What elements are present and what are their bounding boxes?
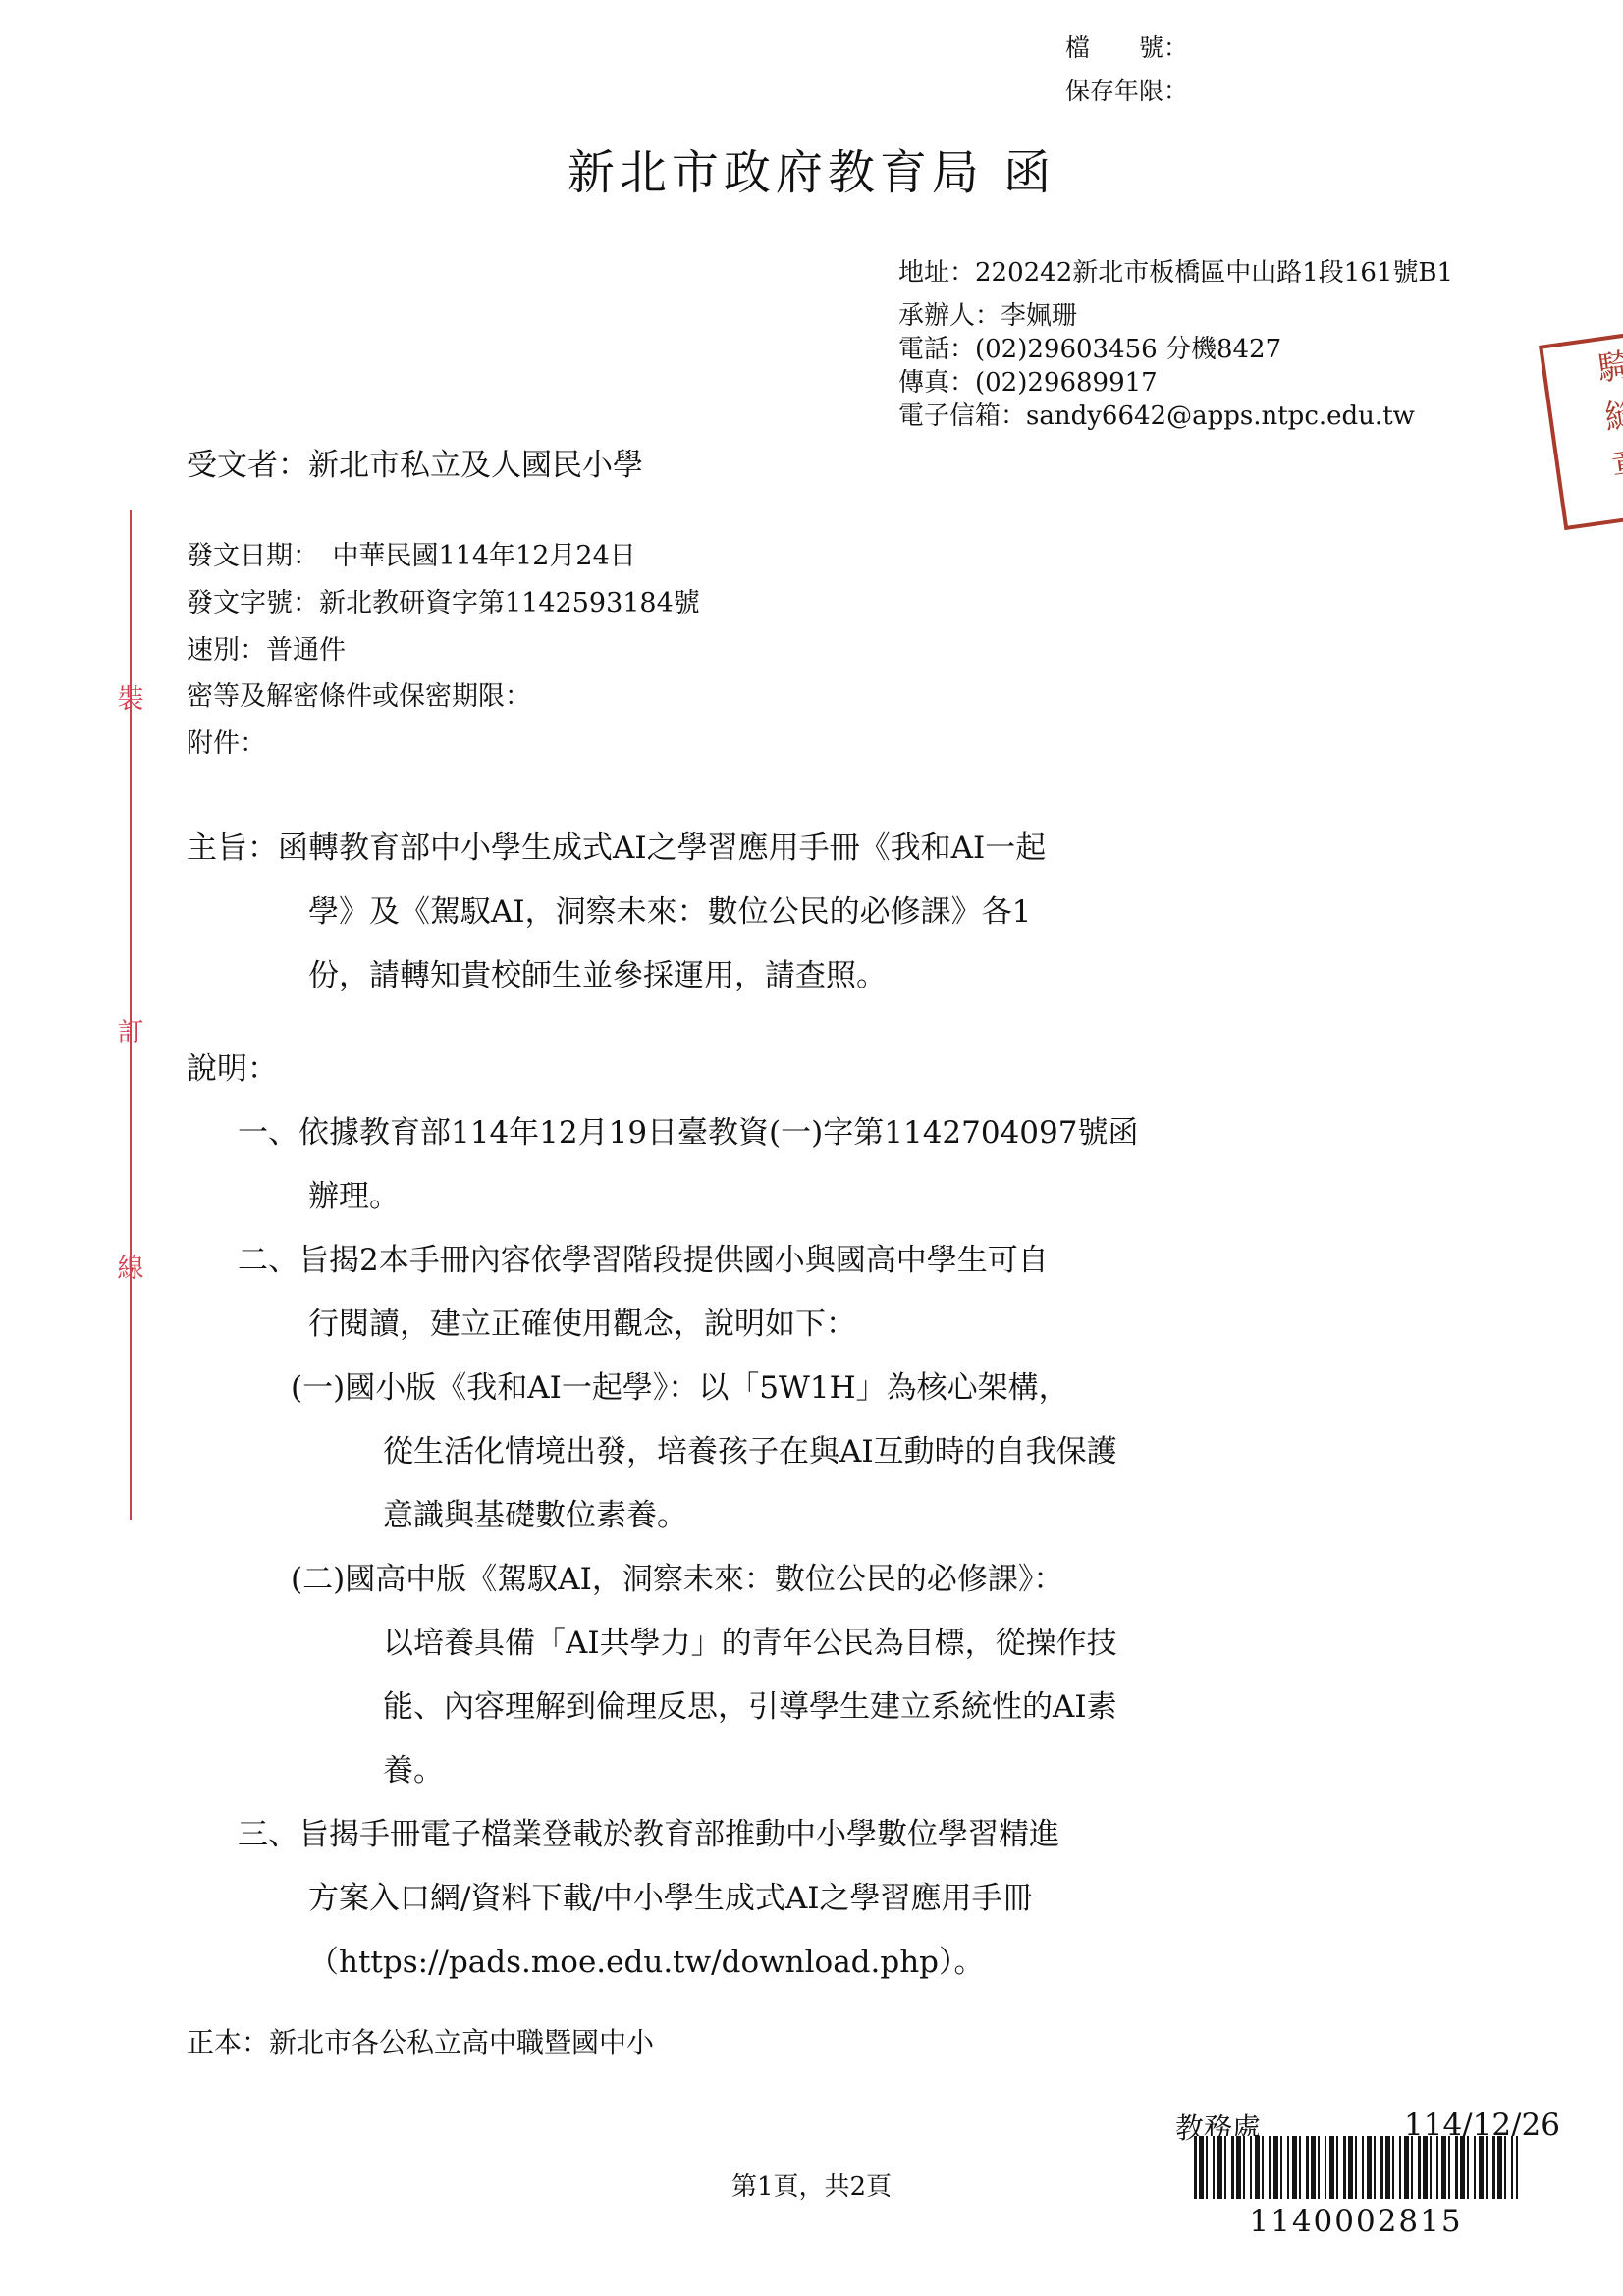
explanation-line: 一、依據教育部114年12月19日臺教資(一)字第1142704097號函 bbox=[238, 1114, 1138, 1152]
document-title: 新北市政府教育局 函 bbox=[0, 143, 1623, 202]
barcode-number: 1140002815 bbox=[1194, 2203, 1518, 2241]
binding-char-ding: 訂 bbox=[117, 1017, 144, 1050]
binding-char-xian: 線 bbox=[117, 1253, 144, 1286]
explanation-line: 意識與基礎數位素養。 bbox=[383, 1497, 687, 1535]
agency-phone: 電話：(02)29603456 分機8427 bbox=[898, 334, 1281, 366]
explanation-line: 辦理。 bbox=[308, 1178, 400, 1216]
explanation-line: 二、旨揭2本手冊內容依學習階段提供國小與國高中學生可自 bbox=[238, 1242, 1049, 1280]
recipient-line: 受文者：新北市私立及人國民小學 bbox=[187, 447, 643, 485]
speed-level-line: 速別：普通件 bbox=[187, 634, 346, 667]
explanation-line: (二)國高中版《駕馭AI，洞察未來：數位公民的必修課》： bbox=[291, 1561, 1063, 1599]
explanation-line: 從生活化情境出發，培養孩子在與AI互動時的自我保護 bbox=[383, 1433, 1117, 1471]
explanation-line: （https://pads.moe.edu.tw/download.php）。 bbox=[308, 1944, 985, 1982]
agency-address: 地址：220242新北市板橋區中山路1段161號B1 bbox=[898, 257, 1453, 290]
file-number-label: 檔 號： bbox=[1065, 32, 1188, 63]
explanation-line: 行閱讀，建立正確使用觀念，說明如下： bbox=[308, 1306, 856, 1344]
subject-line: 主旨：函轉教育部中小學生成式AI之學習應用手冊《我和AI一起 bbox=[187, 829, 1046, 868]
paging-seal-text: 騎縫章 bbox=[1587, 337, 1623, 519]
binding-char-zhuang: 裝 bbox=[117, 683, 144, 717]
copy-to-line: 正本：新北市各公私立高中職暨國中小 bbox=[187, 2025, 654, 2059]
document-page: 檔 號： 保存年限： 新北市政府教育局 函 地址：220242新北市板橋區中山路… bbox=[0, 0, 1623, 2296]
retention-period-label: 保存年限： bbox=[1065, 76, 1188, 106]
agency-email: 電子信箱：sandy6642@apps.ntpc.edu.tw bbox=[898, 400, 1415, 433]
security-level-line: 密等及解密條件或保密期限： bbox=[187, 680, 531, 714]
agency-fax: 傳真：(02)29689917 bbox=[898, 367, 1158, 400]
subject-line: 份，請轉知貴校師生並參採運用，請查照。 bbox=[308, 957, 887, 995]
issue-date-line: 發文日期： 中華民國114年12月24日 bbox=[187, 540, 636, 573]
attachment-line: 附件： bbox=[187, 727, 266, 761]
explanation-line: 三、旨揭手冊電子檔業登載於教育部推動中小學數位學習精進 bbox=[238, 1816, 1059, 1854]
doc-number-line: 發文字號：新北教研資字第1142593184號 bbox=[187, 587, 700, 620]
page-footer: 第1頁，共2頁 bbox=[0, 2171, 1623, 2204]
binding-line bbox=[130, 510, 132, 1520]
explanation-line: 方案入口網/資料下載/中小學生成式AI之學習應用手冊 bbox=[308, 1880, 1033, 1918]
explanation-heading: 說明： bbox=[187, 1050, 278, 1089]
paging-seal-stamp: 騎縫章 bbox=[1539, 327, 1623, 531]
explanation-line: 以培養具備「AI共學力」的青年公民為目標，從操作技 bbox=[383, 1625, 1117, 1663]
explanation-line: 能、內容理解到倫理反思，引導學生建立系統性的AI素 bbox=[383, 1688, 1117, 1727]
subject-line: 學》及《駕馭AI，洞察未來：數位公民的必修課》各1 bbox=[308, 893, 1031, 932]
explanation-line: 養。 bbox=[383, 1752, 444, 1790]
agency-officer: 承辦人：李姵珊 bbox=[898, 300, 1077, 333]
explanation-line: (一)國小版《我和AI一起學》：以「5W1H」為核心架構， bbox=[291, 1369, 1069, 1408]
